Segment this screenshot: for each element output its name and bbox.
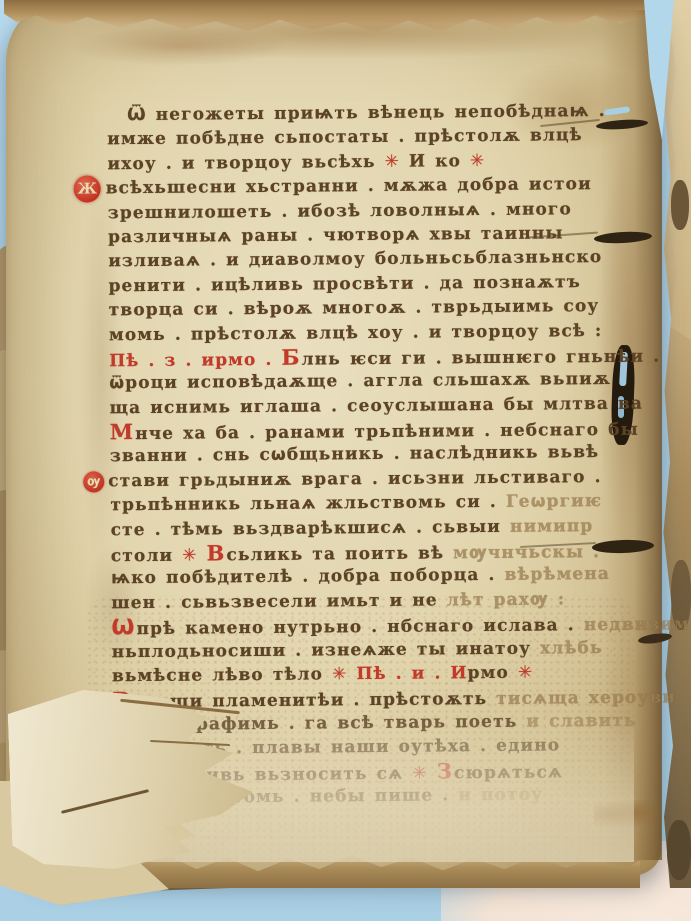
body-text: имже побѣдне сьпостаты . прѣстолѫ влцѣ xyxy=(107,126,583,150)
body-text: рмо xyxy=(468,663,518,683)
rubric-text: Пѣ . и . xyxy=(356,663,450,684)
body-text: сьликь та поить вѣ xyxy=(226,543,453,565)
rubric-text: Б xyxy=(281,345,301,370)
manuscript-line: имже побѣдне сьпостаты . прѣстолѫ влцѣ xyxy=(107,123,632,152)
body-text: нимипр xyxy=(510,516,594,537)
body-text: ща иснимь иглаша . сеоуслышана бы млтва … xyxy=(109,393,643,418)
rubric-text: Пѣ . з . ирмо . xyxy=(109,350,281,372)
body-text: недвизимь xyxy=(584,614,691,635)
body-text: мѹчнчьскы . xyxy=(453,542,600,563)
rubric-text: ✳ xyxy=(385,151,410,171)
body-text: Геѡргиѥ xyxy=(506,491,602,512)
manuscript-line: ньплодьносиши . изнеѧже ты инатоу хлѣбь xyxy=(112,635,637,664)
body-text: изливаѧ . и диаволмоу больньсьблазньнско xyxy=(108,247,602,271)
body-text: и потоу xyxy=(458,784,543,805)
text-block: Ѿ негожеты приѩть вѣнець непобѣднаѩ .имж… xyxy=(107,99,638,811)
body-text: прѣ камено нутрьно . нбснаго ислава . xyxy=(136,615,583,639)
rubric-text: ✳ xyxy=(470,151,486,171)
ornamental-initial: ѹ xyxy=(83,471,104,492)
rubric-text: ✳ xyxy=(412,763,437,783)
body-text: ренити . ицѣливь просвѣти . да познаѫтъ xyxy=(108,272,580,296)
rubric-text: ✳ xyxy=(182,545,207,565)
body-text: и славить xyxy=(526,710,636,731)
body-text: ихоу . и творцоу вьсѣхь xyxy=(107,152,384,174)
rubric-text: И xyxy=(450,663,467,683)
rubric-text: В xyxy=(206,540,226,565)
body-text: лнь ѥси ги . вышнѥго гньнѣи . xyxy=(301,346,660,369)
body-text: сюрѧтьсѧ xyxy=(454,762,563,783)
body-text: ѿроци исповѣдаѫще . аггла сльшахѫ вьпиѫ xyxy=(109,369,611,393)
body-text: столи xyxy=(111,546,183,567)
body-text: стави грьдыниѫ врага . исьзни льстиваго … xyxy=(108,467,602,491)
stub-stain xyxy=(671,180,689,230)
body-text: трьпѣнникь льнаѧ жльствомь си . xyxy=(110,492,506,515)
body-text: ньплодьносиши . изнеѧже ты инатоу xyxy=(112,638,541,662)
rubric-text: ✳ xyxy=(332,664,357,684)
body-text: зрешнилошеть . ибозѣ ловолныѧ . много xyxy=(108,199,572,223)
rubric-text: ✳ xyxy=(518,663,534,683)
body-text: момь . прѣстолѫ влцѣ хоу . и творцоу всѣ… xyxy=(109,321,603,345)
body-text: вьмѣсне лѣво тѣло xyxy=(112,664,332,686)
rubric-text: М xyxy=(110,419,136,444)
body-text: Ѿ негожеты приѩть вѣнець непобѣднаѩ . xyxy=(127,101,606,125)
stub-stain xyxy=(667,820,691,880)
body-text: тисѧща хероуви xyxy=(496,688,676,710)
body-text: званни . снь сѡбщьникь . наслѣдникь вьвѣ xyxy=(110,442,599,466)
body-text: творца си . вѣроѫ многоѫ . тврьдыимь соу xyxy=(109,296,600,320)
rubric-text: З xyxy=(437,758,454,783)
body-text: ѩко побѣдителѣ . добра поборца . xyxy=(111,565,505,588)
body-text: различныѧ раны . чютворѧ хвы таинны xyxy=(108,223,564,247)
body-text: всѣхьшесни хьстранни . мѫжа добра истои xyxy=(106,174,592,198)
body-text: вѣрѣмена xyxy=(504,564,610,585)
rubric-text: Ѡ xyxy=(111,614,136,639)
body-text: лѣт рахѹ : xyxy=(447,589,566,610)
stain xyxy=(70,26,290,66)
body-text: хлѣбь xyxy=(540,638,603,659)
body-text: шен . сьвьзвесели имьт и не xyxy=(111,590,447,613)
body-text: сте . тѣмь вьздварѣкшисѧ . сьвыи xyxy=(111,516,511,539)
body-text: И ко xyxy=(409,151,470,172)
manuscript-photo: Ѿ негожеты приѩть вѣнець непобѣднаѩ .имж… xyxy=(0,0,691,921)
manuscript-line: столи ✳ Всьликь та поить вѣ мѹчнчьскы . xyxy=(111,538,636,567)
